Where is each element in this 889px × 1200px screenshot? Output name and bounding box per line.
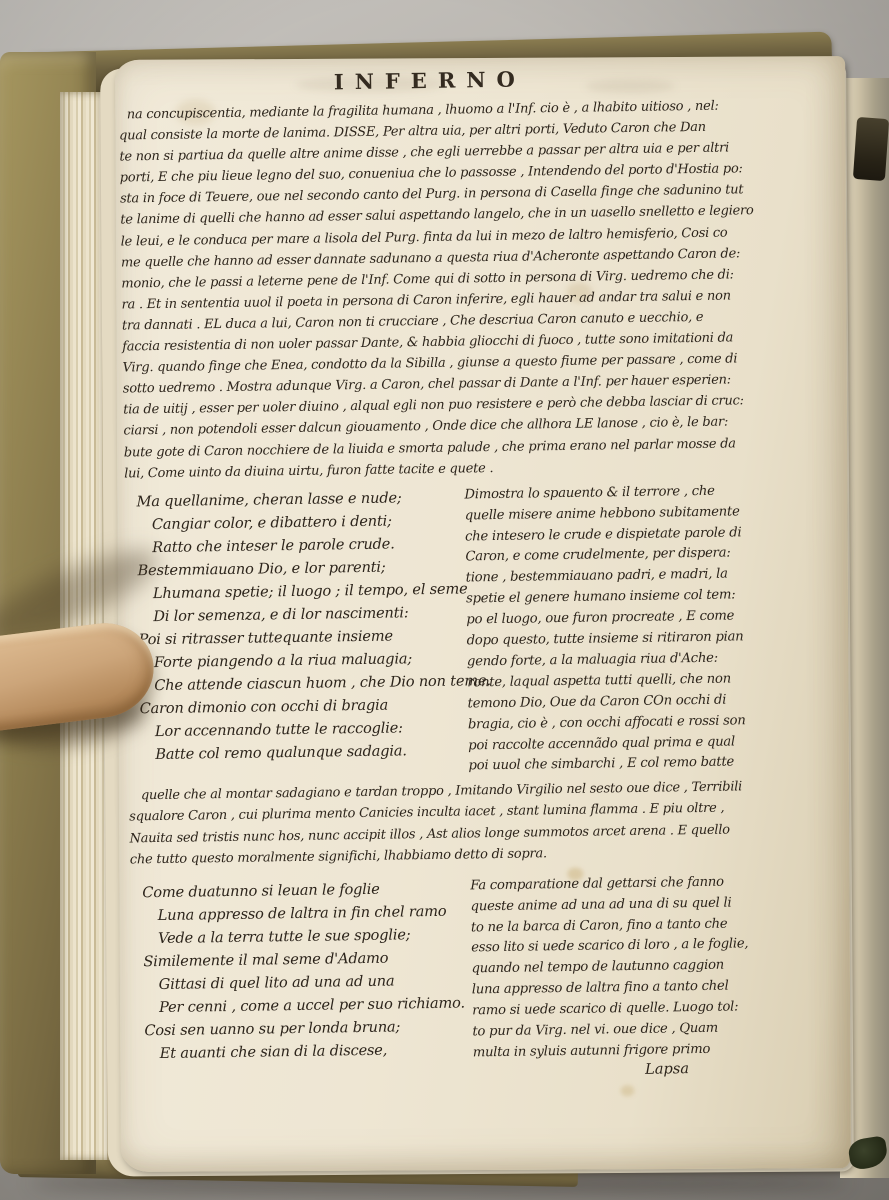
verse-line: Et auanti che sian di la discese, [145,1037,473,1065]
verse-line: Per cenni , come a uccel per suo richiam… [144,991,472,1019]
verse-line: Luna appresso de laltra in fin chel ramo [143,899,471,927]
commentary-paragraph-mid: quelle che al montar sadagiano e tardan … [129,777,742,870]
gloss-column: Fa comparatione dal gettarsi che fannoqu… [470,872,733,1064]
running-title: INFERNO [118,63,730,97]
verse-column: Come duatunno si leuan le foglieLuna app… [130,876,473,1069]
commentary-paragraph-top: na concupiscentia, mediante la fragilita… [119,95,737,484]
clasp-remnant-top [853,117,889,181]
gloss-line: poi uuol che simbarchi , E col remo batt… [468,753,728,778]
gloss-line: multa in syluis autunni frigore primo [473,1040,733,1065]
verse-line: Che attende ciascun huom , che Dio non t… [139,669,467,697]
verse-and-gloss-row: Ma quellanime, cheran lasse e nude;Cangi… [124,481,740,783]
printed-text-block: INFERNO na concupiscentia, mediante la f… [118,53,745,1085]
verse-line: Batte col remo qualunque sadagia. [140,738,468,766]
photograph-of-open-book: INFERNO na concupiscentia, mediante la f… [0,0,889,1200]
verse-and-gloss-row: Come duatunno si leuan le foglieLuna app… [130,872,745,1069]
verse-column: Ma quellanime, cheran lasse e nude;Cangi… [124,485,468,783]
verse-line: Lhumana spetie; il luogo ; il tempo, el … [138,577,466,605]
paper-stain [620,1085,634,1096]
gloss-column: Dimostra lo spauento & il terrore , cheq… [464,481,728,778]
